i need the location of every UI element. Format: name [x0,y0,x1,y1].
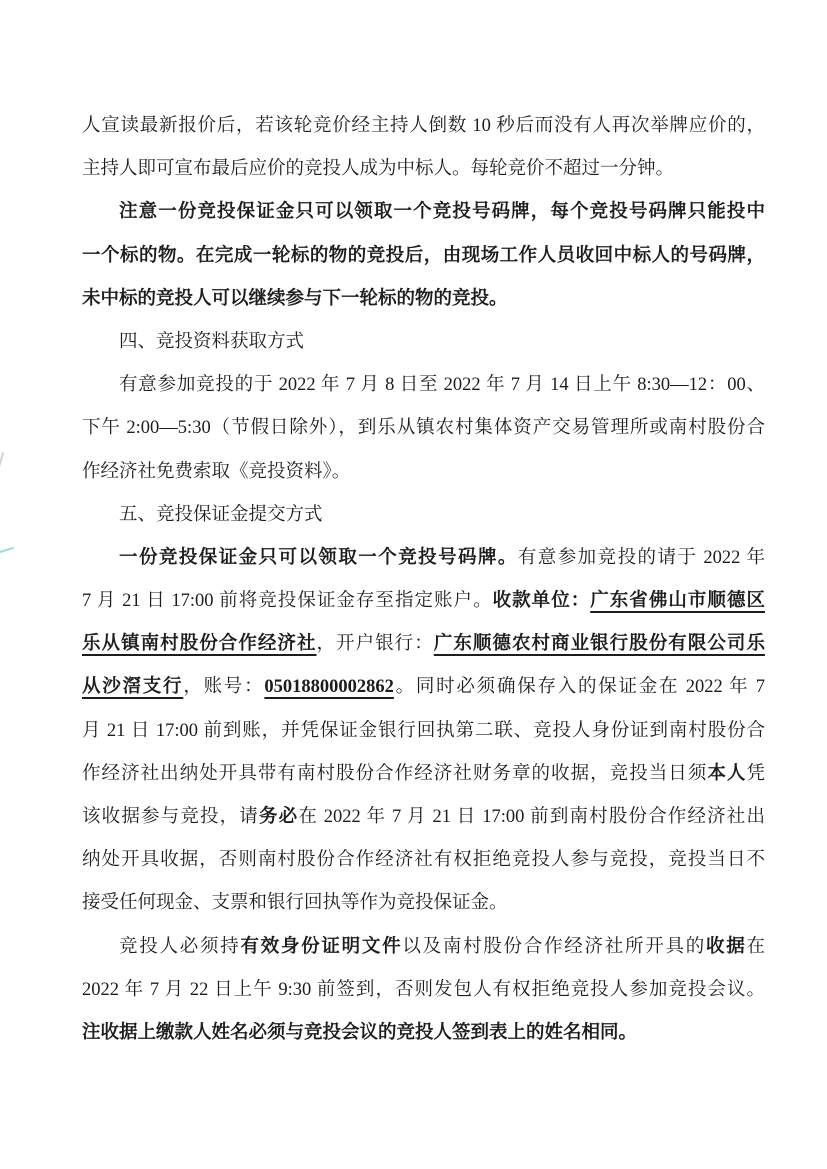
text-segment: 。同时必须确保存入的保证金在 2022 年 7 [394,677,765,697]
bold-text-segment: 注意一份竞投保证金只可以领取一个竞投号码牌，每个竞投号码牌只能投中 [119,202,765,222]
text-line: 竞投人必须持有效身份证明文件以及南村股份合作经济社所开具的收据在 [82,926,765,969]
bold-text-segment: 一个标的物。在完成一轮标的物的竞投后，由现场工作人员收回中标人的号码牌， [82,246,765,266]
text-segment: 作经济社出纳处开具带有南村股份合作经济社财务章的收据，竞投当日须 [82,764,707,784]
text-segment: 2022 年 7 月 22 日上午 9:30 前签到，否则发包人有权拒绝竞投人参… [82,980,765,1000]
text-line: 注意一份竞投保证金只可以领取一个竞投号码牌，每个竞投号码牌只能投中 [82,191,765,234]
text-segment: 作经济社免费索取《竞投资料》。 [82,462,350,482]
text-line: 有意参加竞投的于 2022 年 7 月 8 日至 2022 年 7 月 14 日… [82,364,765,407]
text-segment: 五、竞投保证金提交方式 [119,505,323,525]
underlined-text-segment: 广东顺德农村商业银行股份有限公司乐 [434,634,765,654]
text-line: 下午 2:00—5:30（节假日除外），到乐从镇农村集体资产交易管理所或南村股份… [82,407,765,450]
text-segment: 主持人即可宣布最后应价的竞投人成为中标人。每轮竞价不超过一分钟。 [82,159,674,179]
underlined-text-segment: 广东省佛山市顺德区 [590,591,765,611]
text-line: 一份竞投保证金只可以领取一个竞投号码牌。有意参加竞投的请于 2022 年 [82,537,765,580]
text-segment: 该收据参与竞投，请 [82,807,259,827]
bold-text-segment: 收款单位： [493,591,591,611]
text-segment: 在 [746,937,765,957]
text-line: 该收据参与竞投，请务必在 2022 年 7 月 21 日 17:00 前到南村股… [82,796,765,839]
text-segment: 凭 [746,764,765,784]
text-segment: 竞投人必须持 [119,937,240,957]
bold-text-segment: 务必 [259,807,298,827]
text-line: 作经济社出纳处开具带有南村股份合作经济社财务章的收据，竞投当日须本人凭 [82,753,765,796]
text-line: 接受任何现金、支票和银行回执等作为竞投保证金。 [82,882,765,925]
text-line: 2022 年 7 月 22 日上午 9:30 前签到，否则发包人有权拒绝竞投人参… [82,969,765,1012]
underlined-text-segment: 乐从镇南村股份合作经济社 [82,634,317,654]
text-line: 7 月 21 日 17:00 前将竞投保证金存至指定账户。收款单位：广东省佛山市… [82,580,765,623]
text-segment: 纳处开具收据，否则南村股份合作经济社有权拒绝竞投人参与竞投，竞投当日不 [82,850,765,870]
text-segment: 接受任何现金、支票和银行回执等作为竞投保证金。 [82,893,508,913]
text-segment: ，开户银行： [317,634,434,654]
document-page: 人宣读最新报价后，若该轮竞价经主持人倒数 10 秒后而没有人再次举牌应价的，主持… [0,0,827,1169]
text-line: 五、竞投保证金提交方式 [82,494,765,537]
text-line: 乐从镇南村股份合作经济社，开户银行：广东顺德农村商业银行股份有限公司乐 [82,623,765,666]
text-segment: 人宣读最新报价后，若该轮竞价经主持人倒数 10 秒后而没有人再次举牌应价的， [82,116,765,136]
scan-artifact-gray [0,452,4,481]
text-line: 作经济社免费索取《竞投资料》。 [82,451,765,494]
text-line: 主持人即可宣布最后应价的竞投人成为中标人。每轮竞价不超过一分钟。 [82,148,765,191]
text-line: 月 21 日 17:00 前到账，并凭保证金银行回执第二联、竞投人身份证到南村股… [82,710,765,753]
text-line: 纳处开具收据，否则南村股份合作经济社有权拒绝竞投人参与竞投，竞投当日不 [82,839,765,882]
bold-text-segment: 注收据上缴款人姓名必须与竞投会议的竞投人签到表上的姓名相同。 [82,1023,637,1043]
underlined-text-segment: 从沙滘支行 [82,677,183,697]
bold-text-segment: 本人 [707,764,746,784]
text-line: 四、竞投资料获取方式 [82,321,765,364]
text-segment: 月 21 日 17:00 前到账，并凭保证金银行回执第二联、竞投人身份证到南村股… [82,721,765,741]
text-segment: 四、竞投资料获取方式 [119,332,304,352]
text-segment: ，账号： [183,677,264,697]
bold-text-segment: 收据 [706,937,746,957]
text-line: 人宣读最新报价后，若该轮竞价经主持人倒数 10 秒后而没有人再次举牌应价的， [82,105,765,148]
bold-text-segment: 一份竞投保证金只可以领取一个竞投号码牌。 [119,548,518,568]
bold-text-segment: 有效身份证明文件 [240,937,402,957]
text-segment: 下午 2:00—5:30（节假日除外），到乐从镇农村集体资产交易管理所或南村股份… [82,418,765,438]
text-segment: 在 2022 年 7 月 21 日 17:00 前到南村股份合作经济社出 [298,807,765,827]
scan-artifact-cyan [0,547,14,554]
text-segment: 有意参加竞投的于 2022 年 7 月 8 日至 2022 年 7 月 14 日… [119,375,765,395]
text-line: 未中标的竞投人可以继续参与下一轮标的物的竞投。 [82,278,765,321]
text-segment: 7 月 21 日 17:00 前将竞投保证金存至指定账户。 [82,591,493,611]
text-segment: 有意参加竞投的请于 2022 年 [518,548,765,568]
text-line: 一个标的物。在完成一轮标的物的竞投后，由现场工作人员收回中标人的号码牌， [82,235,765,278]
bold-text-segment: 未中标的竞投人可以继续参与下一轮标的物的竞投。 [82,289,508,309]
document-text: 人宣读最新报价后，若该轮竞价经主持人倒数 10 秒后而没有人再次举牌应价的，主持… [82,105,765,1055]
text-line: 从沙滘支行，账号：05018800002862。同时必须确保存入的保证金在 20… [82,666,765,709]
text-segment: 以及南村股份合作经济社所开具的 [402,937,706,957]
underlined-text-segment: 05018800002862 [264,677,394,697]
text-line: 注收据上缴款人姓名必须与竞投会议的竞投人签到表上的姓名相同。 [82,1012,765,1055]
